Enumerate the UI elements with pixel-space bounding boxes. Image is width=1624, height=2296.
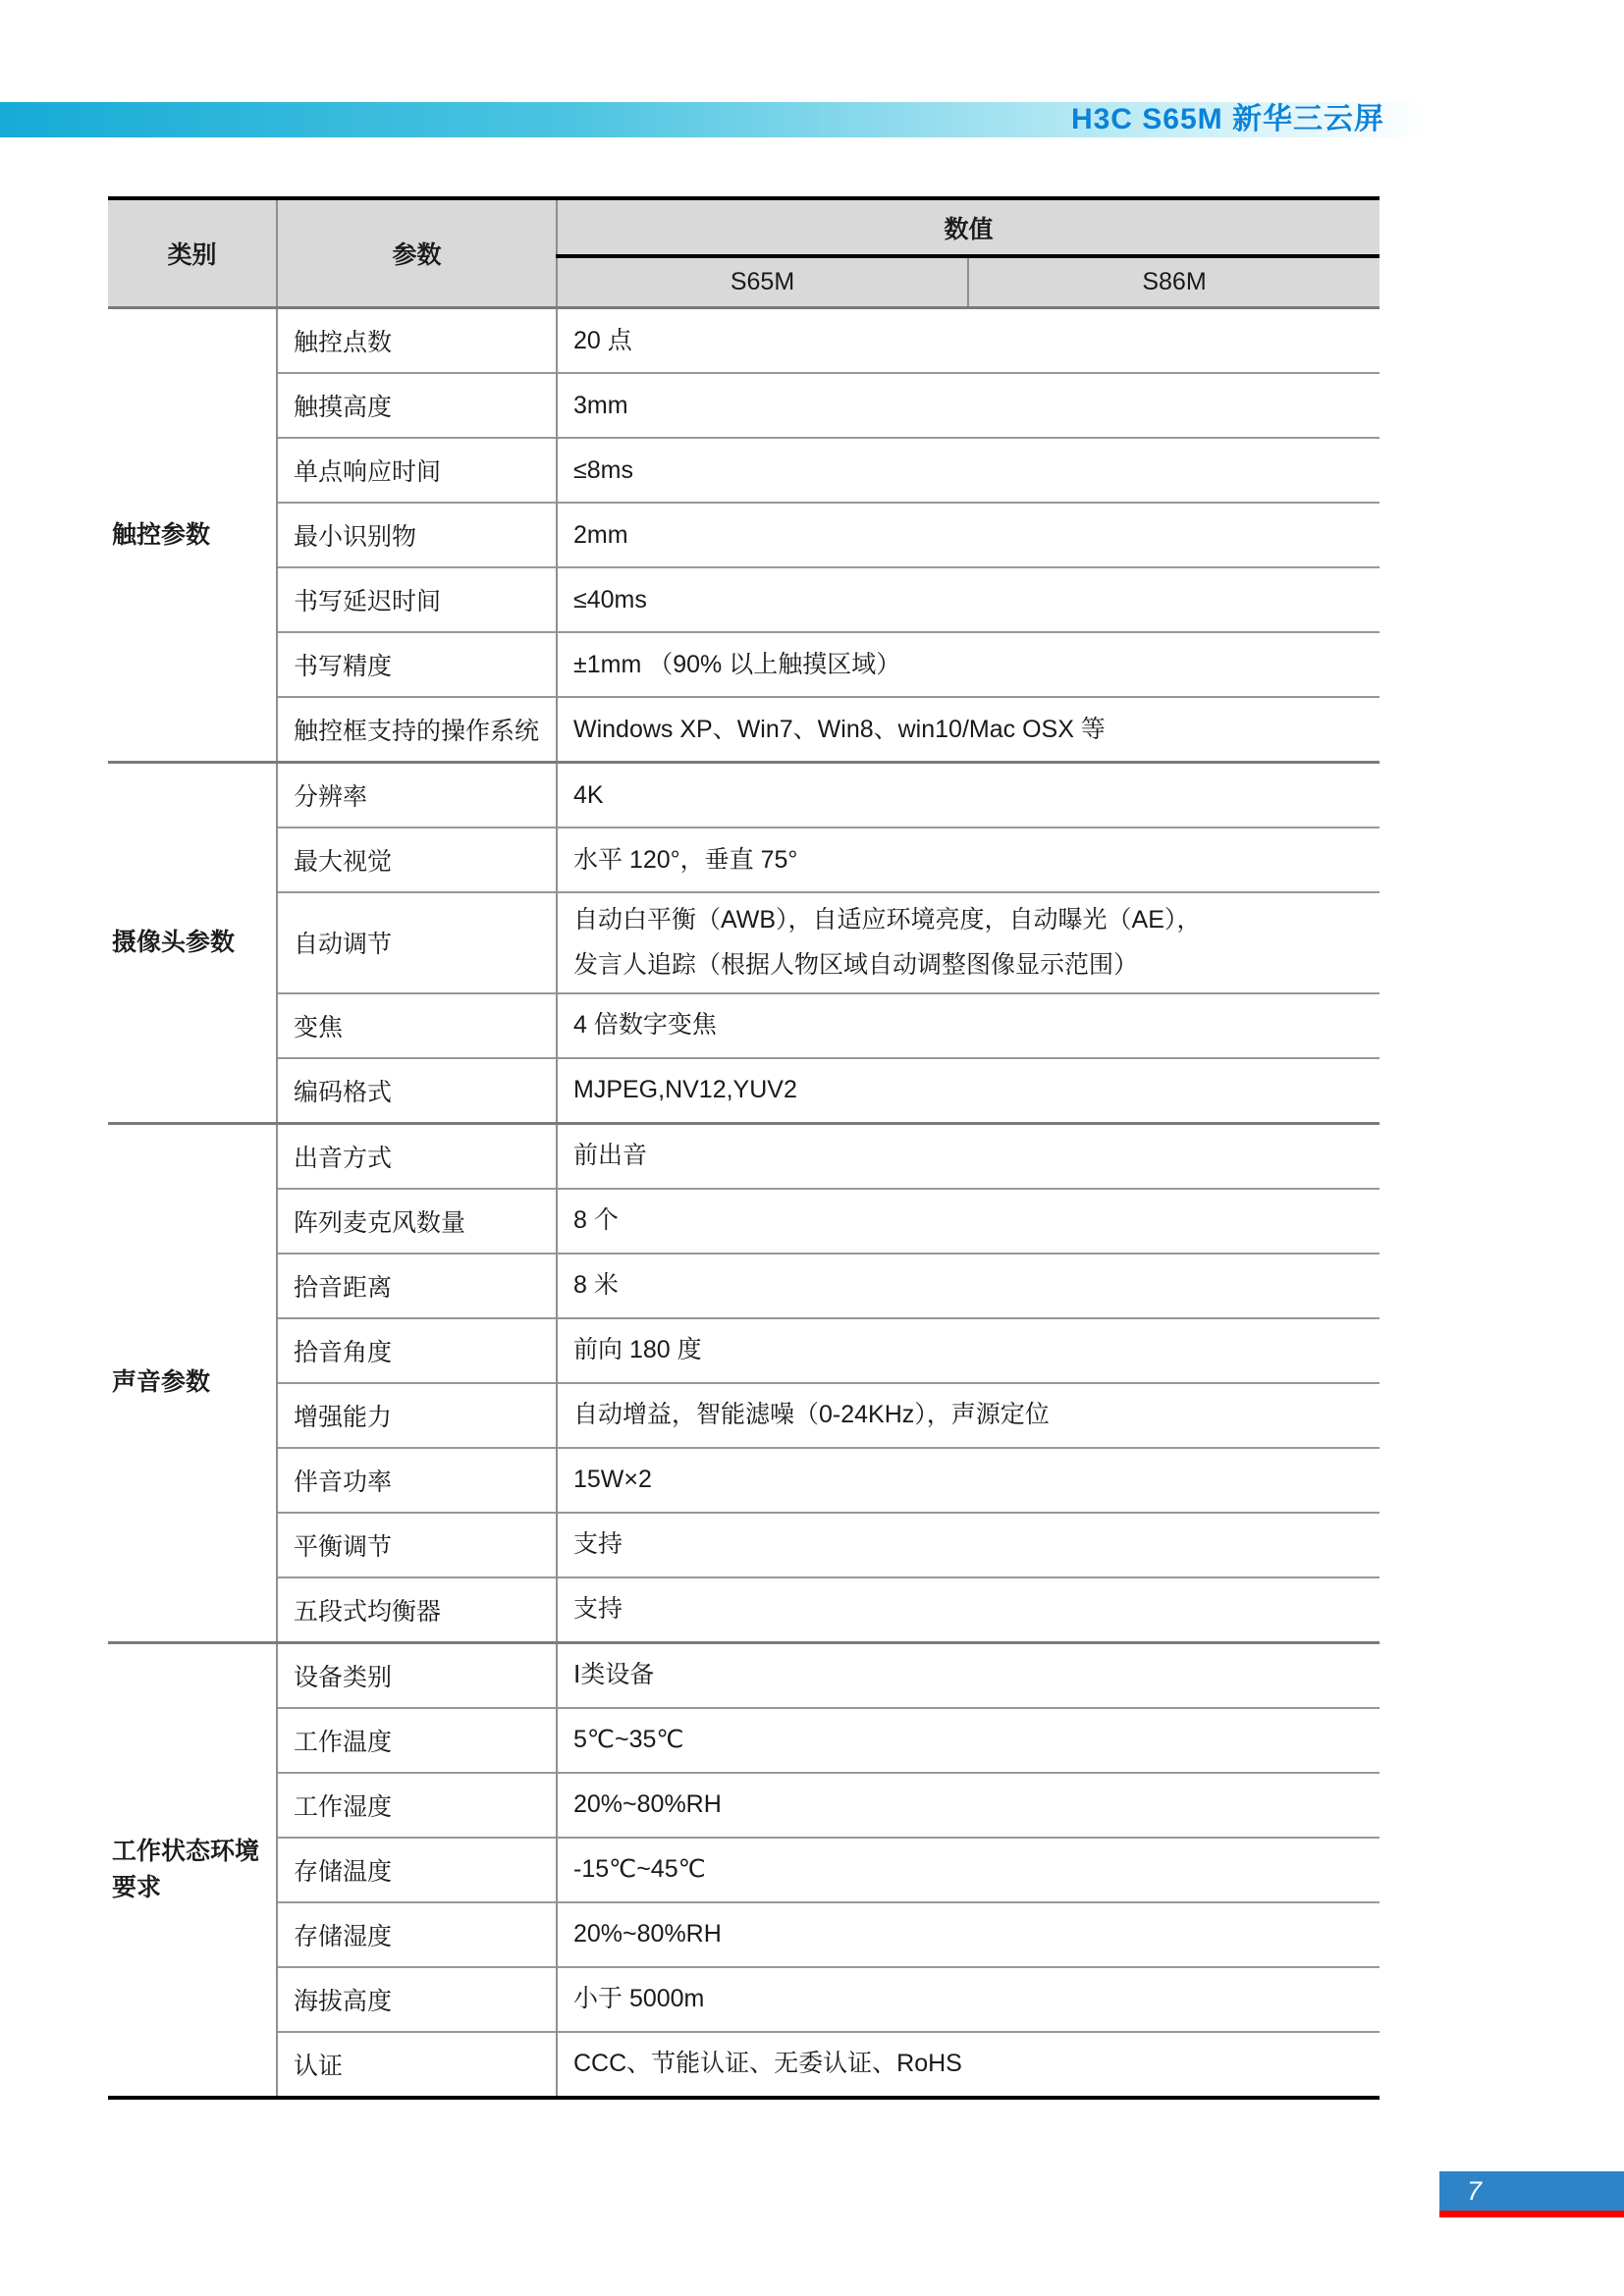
value-cell: 3mm: [557, 373, 1380, 438]
parameter-cell: 触控点数: [277, 308, 557, 374]
value-cell: 前出音: [557, 1123, 1380, 1189]
parameter-cell: 拾音角度: [277, 1318, 557, 1383]
header-row-top: 类别 参数 数值: [108, 198, 1380, 256]
table-row: 五段式均衡器支持: [108, 1577, 1380, 1643]
table-row: 存储湿度20%~80%RH: [108, 1902, 1380, 1967]
value-cell: 水平 120°，垂直 75°: [557, 828, 1380, 892]
spec-section-3: 工作状态环境要求设备类别Ⅰ类设备工作温度5℃~35℃工作湿度20%~80%RH存…: [108, 1642, 1380, 2098]
value-cell: 2mm: [557, 503, 1380, 567]
parameter-cell: 变焦: [277, 993, 557, 1058]
table-row: 书写延迟时间≤40ms: [108, 567, 1380, 632]
table-row: 最大视觉水平 120°，垂直 75°: [108, 828, 1380, 892]
parameter-cell: 最大视觉: [277, 828, 557, 892]
spec-section-0: 触控参数触控点数20 点触摸高度3mm单点响应时间≤8ms最小识别物2mm书写延…: [108, 308, 1380, 763]
parameter-cell: 工作湿度: [277, 1773, 557, 1838]
table-row: 触摸高度3mm: [108, 373, 1380, 438]
value-cell: CCC、节能认证、无委认证、RoHS: [557, 2032, 1380, 2098]
value-cell: 20%~80%RH: [557, 1902, 1380, 1967]
parameter-cell: 分辨率: [277, 763, 557, 828]
parameter-cell: 最小识别物: [277, 503, 557, 567]
value-cell: 自动白平衡（AWB），自适应环境亮度，自动曝光（AE）， 发言人追踪（根据人物区…: [557, 892, 1380, 993]
table-row: 拾音距离8 米: [108, 1254, 1380, 1318]
value-cell: ≤8ms: [557, 438, 1380, 503]
parameter-cell: 触控框支持的操作系统: [277, 697, 557, 763]
table-row: 认证CCC、节能认证、无委认证、RoHS: [108, 2032, 1380, 2098]
table-row: 存储温度-15℃~45℃: [108, 1838, 1380, 1902]
value-cell: Windows XP、Win7、Win8、win10/Mac OSX 等: [557, 697, 1380, 763]
table-row: 摄像头参数分辨率4K: [108, 763, 1380, 828]
table-row: 阵列麦克风数量8 个: [108, 1189, 1380, 1254]
table-row: 工作湿度20%~80%RH: [108, 1773, 1380, 1838]
parameter-cell: 认证: [277, 2032, 557, 2098]
table-row: 书写精度±1mm （90% 以上触摸区域）: [108, 632, 1380, 697]
spec-section-2: 声音参数出音方式前出音阵列麦克风数量8 个拾音距离8 米拾音角度前向 180 度…: [108, 1123, 1380, 1642]
value-cell: 小于 5000m: [557, 1967, 1380, 2032]
value-cell: -15℃~45℃: [557, 1838, 1380, 1902]
spec-table-header: 类别 参数 数值 S65M S86M: [108, 198, 1380, 308]
spec-section-1: 摄像头参数分辨率4K最大视觉水平 120°，垂直 75°自动调节自动白平衡（AW…: [108, 763, 1380, 1124]
category-cell: 声音参数: [108, 1123, 277, 1642]
parameter-cell: 书写精度: [277, 632, 557, 697]
table-row: 单点响应时间≤8ms: [108, 438, 1380, 503]
value-cell: 15W×2: [557, 1448, 1380, 1513]
table-row: 平衡调节支持: [108, 1513, 1380, 1577]
table-row: 触控参数触控点数20 点: [108, 308, 1380, 374]
parameter-cell: 增强能力: [277, 1383, 557, 1448]
table-row: 变焦4 倍数字变焦: [108, 993, 1380, 1058]
spec-table: 类别 参数 数值 S65M S86M 触控参数触控点数20 点触摸高度3mm单点…: [108, 196, 1380, 2100]
parameter-cell: 平衡调节: [277, 1513, 557, 1577]
table-row: 触控框支持的操作系统Windows XP、Win7、Win8、win10/Mac…: [108, 697, 1380, 763]
category-cell: 触控参数: [108, 308, 277, 763]
table-row: 海拔高度小于 5000m: [108, 1967, 1380, 2032]
parameter-cell: 设备类别: [277, 1642, 557, 1708]
parameter-cell: 存储湿度: [277, 1902, 557, 1967]
category-cell: 工作状态环境要求: [108, 1642, 277, 2098]
parameter-cell: 书写延迟时间: [277, 567, 557, 632]
page-number-box: 7: [1439, 2171, 1624, 2211]
table-row: 编码格式MJPEG,NV12,YUV2: [108, 1058, 1380, 1124]
table-row: 伴音功率15W×2: [108, 1448, 1380, 1513]
value-cell: 支持: [557, 1513, 1380, 1577]
table-row: 最小识别物2mm: [108, 503, 1380, 567]
value-cell: 自动增益，智能滤噪（0-24KHz），声源定位: [557, 1383, 1380, 1448]
category-cell: 摄像头参数: [108, 763, 277, 1124]
table-row: 工作状态环境要求设备类别Ⅰ类设备: [108, 1642, 1380, 1708]
table-row: 拾音角度前向 180 度: [108, 1318, 1380, 1383]
document-page: H3C S65M 新华三云屏 类别 参数 数值 S65M S86M 触控参数触控…: [0, 0, 1624, 2296]
parameter-cell: 工作温度: [277, 1708, 557, 1773]
value-cell: 5℃~35℃: [557, 1708, 1380, 1773]
value-cell: 前向 180 度: [557, 1318, 1380, 1383]
parameter-cell: 海拔高度: [277, 1967, 557, 2032]
column-header-value: 数值: [557, 198, 1380, 256]
document-header-title: H3C S65M 新华三云屏: [1071, 94, 1384, 137]
column-header-parameter: 参数: [277, 198, 557, 308]
parameter-cell: 出音方式: [277, 1123, 557, 1189]
value-cell: 4 倍数字变焦: [557, 993, 1380, 1058]
parameter-cell: 阵列麦克风数量: [277, 1189, 557, 1254]
column-header-category: 类别: [108, 198, 277, 308]
value-cell: 4K: [557, 763, 1380, 828]
table-row: 工作温度5℃~35℃: [108, 1708, 1380, 1773]
parameter-cell: 单点响应时间: [277, 438, 557, 503]
page-number: 7: [1467, 2176, 1482, 2207]
footer-red-line: [1439, 2211, 1624, 2217]
value-cell: ≤40ms: [557, 567, 1380, 632]
parameter-cell: 自动调节: [277, 892, 557, 993]
parameter-cell: 拾音距离: [277, 1254, 557, 1318]
value-cell: 8 个: [557, 1189, 1380, 1254]
table-row: 增强能力自动增益，智能滤噪（0-24KHz），声源定位: [108, 1383, 1380, 1448]
value-cell: 8 米: [557, 1254, 1380, 1318]
table-row: 自动调节自动白平衡（AWB），自适应环境亮度，自动曝光（AE）， 发言人追踪（根…: [108, 892, 1380, 993]
value-cell: ±1mm （90% 以上触摸区域）: [557, 632, 1380, 697]
parameter-cell: 伴音功率: [277, 1448, 557, 1513]
value-cell: 20 点: [557, 308, 1380, 374]
value-cell: 支持: [557, 1577, 1380, 1643]
parameter-cell: 五段式均衡器: [277, 1577, 557, 1643]
parameter-cell: 编码格式: [277, 1058, 557, 1124]
parameter-cell: 触摸高度: [277, 373, 557, 438]
value-cell: Ⅰ类设备: [557, 1642, 1380, 1708]
column-header-model-s65m: S65M: [557, 256, 968, 308]
value-cell: MJPEG,NV12,YUV2: [557, 1058, 1380, 1124]
value-cell: 20%~80%RH: [557, 1773, 1380, 1838]
column-header-model-s86m: S86M: [968, 256, 1380, 308]
table-row: 声音参数出音方式前出音: [108, 1123, 1380, 1189]
parameter-cell: 存储温度: [277, 1838, 557, 1902]
